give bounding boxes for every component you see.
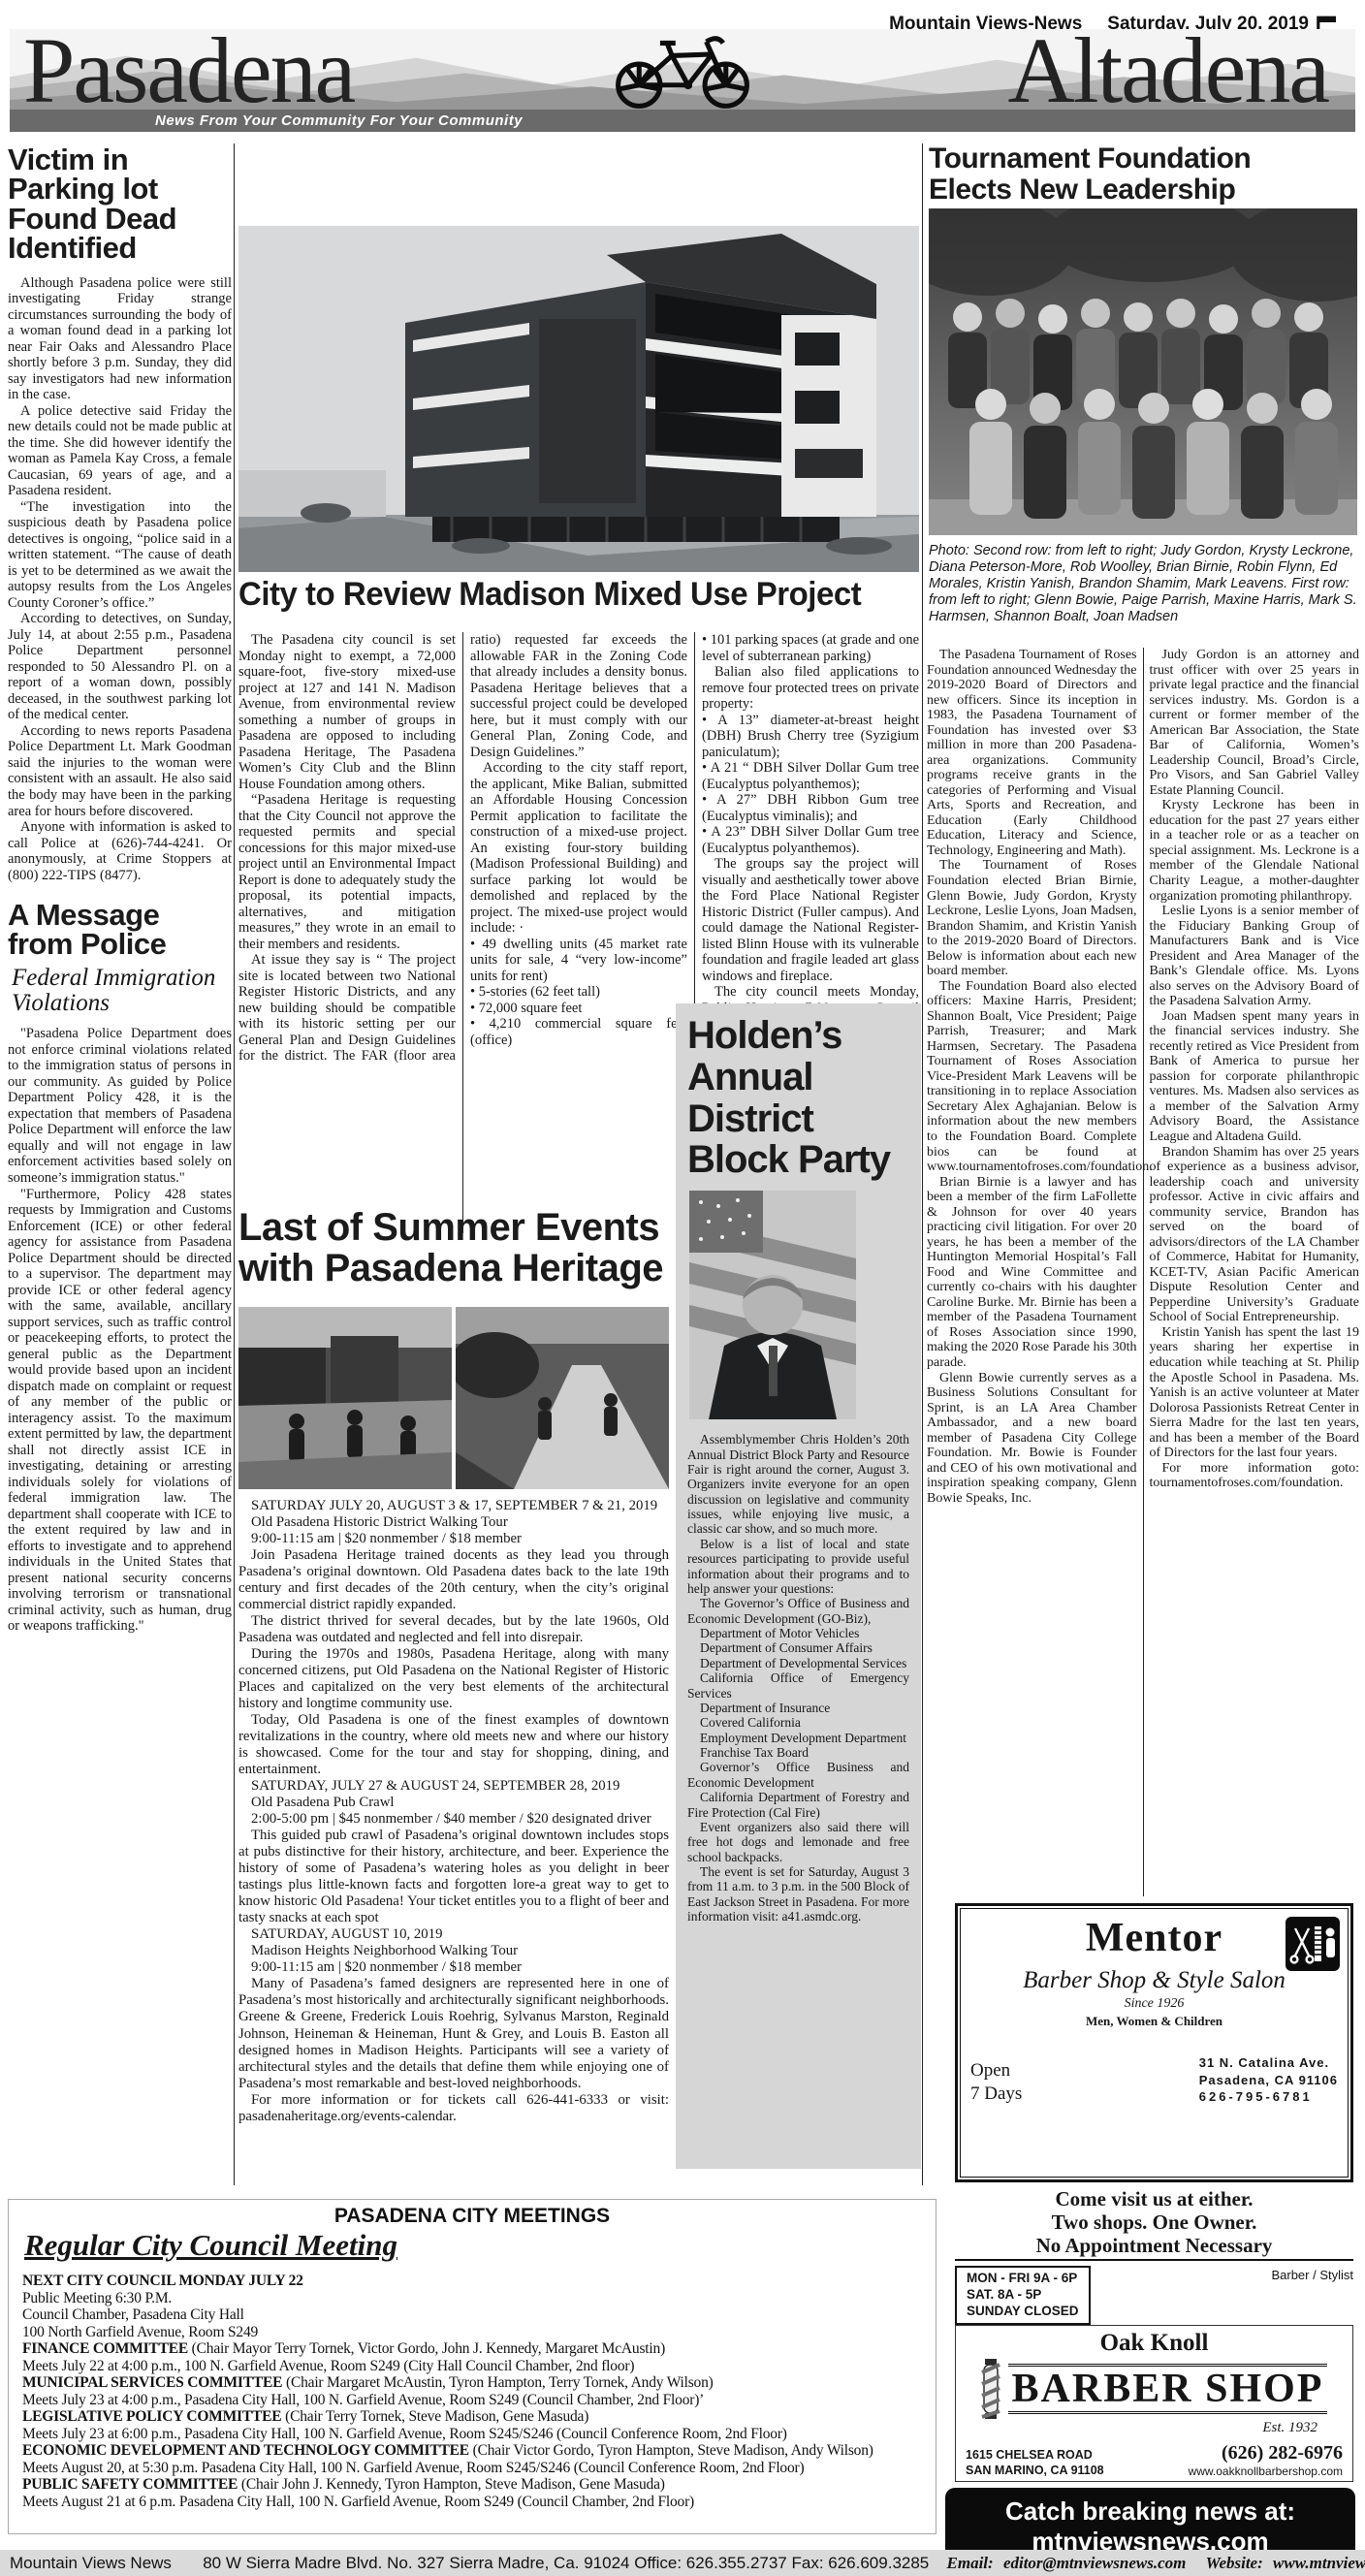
paragraph: For more information goto: tournamentofr… xyxy=(1150,1461,1360,1491)
oak-knoll-barbershop-ad: Oak Knoll BARBER SHOP Est. 1932 1615 CHE… xyxy=(955,2325,1353,2482)
paragraph: A police detective said Friday the new d… xyxy=(8,403,232,499)
paragraph: The district thrived for several decades… xyxy=(238,1613,669,1646)
paragraph: • 4,210 commercial square feet (office) xyxy=(470,1016,687,1048)
meeting-line: ECONOMIC DEVELOPMENT AND TECHNOLOGY COMM… xyxy=(22,2442,922,2460)
paragraph: Governor’s Office Business and Economic … xyxy=(687,1760,909,1790)
hours-line2: SAT. 8A - 5P xyxy=(967,2287,1079,2304)
holden-title-line1: Holden’s xyxy=(687,1015,909,1057)
paragraph: Old Pasadena Pub Crawl xyxy=(238,1795,669,1811)
meeting-line: 100 North Garfield Avenue, Room S249 xyxy=(22,2324,922,2341)
visit-note-line3: No Appointment Necessary xyxy=(955,2234,1353,2257)
article-body-tournament: The Pasadena Tournament of Roses Foundat… xyxy=(927,648,1359,1896)
mentor-open-line2: 7 Days xyxy=(970,2083,1022,2106)
paragraph: • A 27” DBH Ribbon Gum tree (Eucalyptus … xyxy=(702,792,919,824)
mentor-phone: 626-795-6781 xyxy=(1199,2088,1338,2106)
paragraph: Judy Gordon is an attorney and trust off… xyxy=(1150,648,1360,798)
hours-line3: SUNDAY CLOSED xyxy=(967,2304,1079,2320)
paragraph: • 49 dwelling units (45 market rate unit… xyxy=(470,937,687,985)
barber-tools-icon xyxy=(1286,1917,1340,1971)
paragraph: The Governor’s Office of Business and Ec… xyxy=(687,1596,909,1626)
masthead: Pasadena Altadena xyxy=(10,29,1355,110)
meeting-line: Meets August 21 at 6 p.m. Pasadena City … xyxy=(22,2494,922,2511)
article-title-tournament: Tournament Foundation Elects New Leaders… xyxy=(929,143,1361,205)
madison-rendering-image xyxy=(238,226,919,572)
holden-title-line2: Annual xyxy=(687,1057,909,1098)
paragraph: Brian Birnie is a lawyer and has been a … xyxy=(927,1175,1137,1371)
oakknoll-title: BARBER SHOP xyxy=(1008,2364,1328,2414)
paragraph: For more information or for tickets call… xyxy=(238,2092,669,2125)
paragraph: • 5-stories (62 feet tall) xyxy=(470,984,687,1001)
paragraph: • A 21 “ DBH Silver Dollar Gum tree (Euc… xyxy=(702,760,919,792)
mentor-ad-since: Since 1926 xyxy=(970,1996,1338,2012)
paragraph: The Foundation Board also elected office… xyxy=(927,979,1137,1175)
summer-photos xyxy=(238,1307,669,1489)
paragraph: According to detectives, on Sunday, July… xyxy=(8,611,232,723)
paragraph: Madison Heights Neighborhood Walking Tou… xyxy=(238,1943,669,1959)
paragraph: • 72,000 square feet xyxy=(470,1001,687,1017)
holden-portrait-photo xyxy=(689,1191,856,1419)
visit-note-line2: Two shops. One Owner. xyxy=(955,2210,1353,2234)
paragraph: This guided pub crawl of Pasadena’s orig… xyxy=(238,1828,669,1926)
paragraph: Balian also filed applications to remove… xyxy=(702,664,919,713)
city-meetings-box: PASADENA CITY MEETINGS Regular City Coun… xyxy=(8,2199,936,2534)
oakknoll-address-line2: SAN MARINO, CA 91108 xyxy=(966,2463,1104,2478)
masthead-tagline: News From Your Community For Your Commun… xyxy=(10,110,1355,132)
meeting-line: FINANCE COMMITTEE (Chair Mayor Terry Tor… xyxy=(22,2340,922,2358)
paragraph: • A 23” DBH Silver Dollar Gum tree (Euca… xyxy=(702,824,919,856)
paragraph: California Department of Forestry and Fi… xyxy=(687,1790,909,1820)
footer-email: editor@mtnviewsnews.com xyxy=(1003,2554,1186,2572)
article-subtitle-police-message: Federal Immigration Violations xyxy=(12,966,232,1017)
article-body-police-message: "Pasadena Police Department does not enf… xyxy=(8,1026,232,1635)
paragraph: 9:00-11:15 am | $20 nonmember / $18 memb… xyxy=(238,1531,669,1547)
meeting-line: Meets August 20, at 5:30 p.m. Pasadena C… xyxy=(22,2460,922,2477)
tournament-photo-caption: Photo: Second row: from left to right; J… xyxy=(929,543,1357,626)
paragraph: SATURDAY, AUGUST 10, 2019 xyxy=(238,1926,669,1943)
mentor-ad-open-hours: Open 7 Days xyxy=(970,2059,1022,2106)
oakknoll-website: www.oakknollbarbershop.com xyxy=(1189,2465,1343,2478)
page-footer: Mountain Views News 80 W Sierra Madre Bl… xyxy=(0,2550,1365,2576)
paragraph: Employment Development Department xyxy=(687,1731,909,1745)
oakknoll-name: Oak Knoll xyxy=(966,2330,1343,2357)
paragraph: 2:00-5:00 pm | $45 nonmember / $40 membe… xyxy=(238,1811,669,1828)
barbershop-hours: MON - FRI 9A - 6P SAT. 8A - 5P SUNDAY CL… xyxy=(955,2259,1353,2319)
footer-address: 80 W Sierra Madre Blvd. No. 327 Sierra M… xyxy=(203,2554,929,2572)
holden-title-line3: District xyxy=(687,1098,909,1140)
paragraph: 9:00-11:15 am | $20 nonmember / $18 memb… xyxy=(238,1959,669,1976)
paragraph: The groups say the project will visually… xyxy=(702,856,919,984)
article-title-victim: Victim in Parking lot Found Dead Identif… xyxy=(8,145,232,264)
column-divider xyxy=(234,143,235,2185)
paragraph: Event organizers also said there will fr… xyxy=(687,1820,909,1864)
heritage-photo-2 xyxy=(456,1307,669,1489)
meeting-line: MUNICIPAL SERVICES COMMITTEE (Chair Marg… xyxy=(22,2374,922,2392)
paragraph: According to the city staff report, the … xyxy=(470,760,687,937)
hours-box: MON - FRI 9A - 6P SAT. 8A - 5P SUNDAY CL… xyxy=(955,2266,1091,2325)
oakknoll-established: Est. 1932 xyxy=(966,2420,1317,2436)
mentor-ad-address: 31 N. Catalina Ave. Pasadena, CA 91106 6… xyxy=(1199,2054,1338,2106)
oakknoll-phone: (626) 282-6976 xyxy=(1189,2442,1343,2465)
mentor-ad-clientele: Men, Women & Children xyxy=(970,2014,1338,2029)
paragraph: Covered California xyxy=(687,1715,909,1730)
footer-email-label: Email: xyxy=(947,2554,994,2572)
holden-title-line4: Block Party xyxy=(687,1139,909,1181)
footer-paper-name: Mountain Views News xyxy=(10,2554,172,2572)
mentor-address-line2: Pasadena, CA 91106 xyxy=(1199,2072,1338,2089)
holden-article-box: Holden’s Annual District Block Party Ass… xyxy=(676,1003,921,2169)
paragraph: Krysty Leckrone has been in education fo… xyxy=(1150,798,1360,904)
tournament-group-photo xyxy=(929,208,1357,535)
paragraph: Department of Insurance xyxy=(687,1701,909,1715)
heritage-photo-1 xyxy=(238,1307,452,1489)
paragraph: Kristin Yanish has spent the last 19 yea… xyxy=(1150,1325,1360,1461)
tournament-title-line2: Elects New Leadership xyxy=(929,175,1361,206)
paragraph: SATURDAY JULY 20, AUGUST 3 & 17, SEPTEMB… xyxy=(238,1498,669,1514)
meeting-line: Public Meeting 6:30 P.M. xyxy=(22,2290,922,2307)
paragraph: SATURDAY, JULY 27 & AUGUST 24, SEPTEMBER… xyxy=(238,1778,669,1795)
meeting-line: Meets July 23 at 4:00 p.m., Pasadena Cit… xyxy=(22,2392,922,2409)
paragraph: Glenn Bowie currently serves as a Busine… xyxy=(927,1371,1137,1507)
paragraph: Although Pasadena police were still inve… xyxy=(8,275,232,403)
paragraph: Old Pasadena Historic District Walking T… xyxy=(238,1514,669,1531)
footer-website: www.mtnviewsnews.com xyxy=(1273,2554,1365,2572)
paragraph: “The investigation into the suspicious d… xyxy=(8,499,232,612)
paragraph: The Pasadena city council is set Monday … xyxy=(238,632,456,792)
barber-stylist-label: Barber / Stylist xyxy=(1271,2268,1353,2282)
bicycle-icon xyxy=(10,29,1355,110)
meeting-line: NEXT CITY COUNCIL MONDAY JULY 22 xyxy=(22,2273,922,2290)
oakknoll-address: 1615 CHELSEA ROAD SAN MARINO, CA 91108 xyxy=(966,2447,1104,2479)
summer-title-line2: with Pasadena Heritage xyxy=(238,1249,743,1289)
meeting-line: Council Chamber, Pasadena City Hall xyxy=(22,2306,922,2324)
tournament-title-line1: Tournament Foundation xyxy=(929,143,1361,175)
mentor-open-line1: Open xyxy=(970,2059,1022,2083)
barber-pole-icon xyxy=(981,2359,1000,2419)
newspaper-page: Mountain Views-NewsSaturday, July 20, 20… xyxy=(0,0,1365,2576)
meeting-line: Meets July 23 at 6:00 p.m., Pasadena Cit… xyxy=(22,2426,922,2443)
left-column: Victim in Parking lot Found Dead Identif… xyxy=(8,145,232,1635)
paragraph: Anyone with information is asked to call… xyxy=(8,819,232,883)
article-body-victim: Although Pasadena police were still inve… xyxy=(8,275,232,884)
paragraph: California Office of Emergency Services xyxy=(687,1670,909,1701)
paragraph: • A 13” diameter-at-breast height (DBH) … xyxy=(702,713,919,761)
paragraph: "Pasadena Police Department does not enf… xyxy=(8,1026,232,1186)
article-body-summer: SATURDAY JULY 20, AUGUST 3 & 17, SEPTEMB… xyxy=(238,1498,669,2125)
meeting-line: PUBLIC SAFETY COMMITTEE (Chair John J. K… xyxy=(22,2476,922,2494)
hours-line1: MON - FRI 9A - 6P xyxy=(967,2271,1079,2287)
paragraph: Join Pasadena Heritage trained docents a… xyxy=(238,1547,669,1613)
paragraph: Today, Old Pasadena is one of the finest… xyxy=(238,1712,669,1778)
meetings-list: NEXT CITY COUNCIL MONDAY JULY 22Public M… xyxy=(22,2273,922,2510)
paragraph: The event is set for Saturday, August 3 … xyxy=(687,1864,909,1924)
paragraph: "Furthermore, Policy 428 states requests… xyxy=(8,1187,232,1635)
column-divider xyxy=(922,143,923,2185)
paragraph: According to news reports Pasadena Polic… xyxy=(8,723,232,819)
oakknoll-contact: (626) 282-6976 www.oakknollbarbershop.co… xyxy=(1189,2442,1343,2478)
barbershop-visit-note: Come visit us at either. Two shops. One … xyxy=(955,2187,1353,2257)
breaking-news-line1: Catch breaking news at: xyxy=(1005,2496,1295,2527)
paragraph: Many of Pasadena’s famed designers are r… xyxy=(238,1976,669,2091)
paragraph: The Pasadena Tournament of Roses Foundat… xyxy=(927,648,1137,858)
article-title-summer: Last of Summer Events with Pasadena Heri… xyxy=(238,1208,743,1288)
article-title-madison: City to Review Madison Mixed Use Project xyxy=(238,576,899,614)
visit-note-line1: Come visit us at either. xyxy=(955,2187,1353,2210)
footer-website-label: Website: xyxy=(1206,2554,1263,2572)
meetings-subtitle: Regular City Council Meeting xyxy=(24,2228,922,2263)
meeting-line: LEGISLATIVE POLICY COMMITTEE (Chair Terr… xyxy=(22,2408,922,2426)
summer-title-line1: Last of Summer Events xyxy=(238,1208,743,1249)
paragraph: Leslie Lyons is a senior member of the F… xyxy=(1150,904,1360,1009)
paragraph: “Pasadena Heritage is requesting that th… xyxy=(238,792,456,952)
meeting-line: Meets July 22 at 4:00 p.m., 100 N. Garfi… xyxy=(22,2358,922,2375)
paragraph: Department of Motor Vehicles xyxy=(687,1626,909,1640)
paragraph: Joan Madsen spent many years in the fina… xyxy=(1150,1009,1360,1145)
paragraph: The Tournament of Roses Foundation elect… xyxy=(927,858,1137,978)
paragraph: Franchise Tax Board xyxy=(687,1745,909,1760)
paragraph: During the 1970s and 1980s, Pasadena Her… xyxy=(238,1646,669,1712)
mentor-ad-name: Mentor xyxy=(970,1915,1338,1961)
mentor-ad-tagline: Barber Shop & Style Salon xyxy=(970,1967,1338,1994)
oakknoll-address-line1: 1615 CHELSEA ROAD xyxy=(966,2447,1104,2463)
paragraph: Below is a list of local and state resou… xyxy=(687,1537,909,1597)
mentor-address-line1: 31 N. Catalina Ave. xyxy=(1199,2054,1338,2072)
paragraph: Department of Consumer Affairs xyxy=(687,1640,909,1655)
mentor-barbershop-ad: Mentor Barber Shop & Style Salon Since 1… xyxy=(955,1903,1353,2182)
paragraph: Assemblymember Chris Holden’s 20th Annua… xyxy=(687,1432,909,1537)
paragraph: Brandon Shamim has over 25 years of expe… xyxy=(1150,1145,1360,1325)
paragraph: • 101 parking spaces (at grade and one l… xyxy=(702,632,919,664)
meetings-title: PASADENA CITY MEETINGS xyxy=(22,2205,922,2228)
article-title-police-message: A Message from Police xyxy=(8,901,232,960)
paragraph: Department of Developmental Services xyxy=(687,1656,909,1670)
article-body-holden: Assemblymember Chris Holden’s 20th Annua… xyxy=(687,1432,909,1924)
